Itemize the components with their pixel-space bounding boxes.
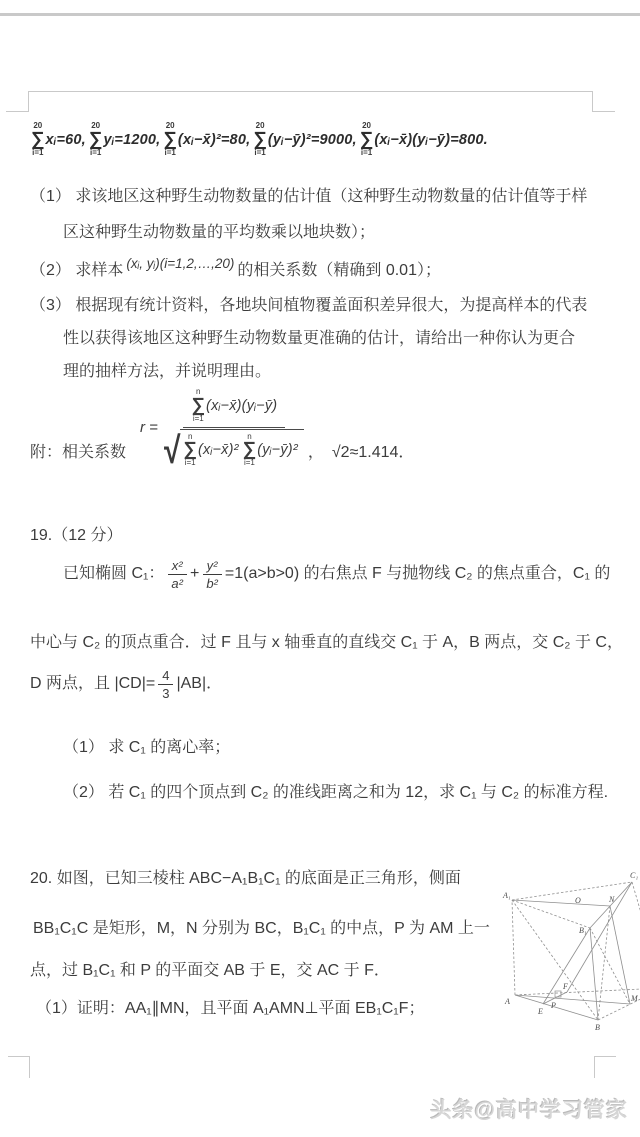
q18-part2-line: （2） 求样本 (xᵢ, yᵢ)(i=1,2,…,20) 的相关系数（精确到 0… [30, 260, 441, 282]
y2-b2-fraction: y²b² [202, 558, 222, 590]
figure-label-b: B [595, 1023, 600, 1032]
plus-sign: + [190, 563, 199, 585]
r-numerator: n∑i=1 (xᵢ−x̄)(yᵢ−ȳ) [183, 388, 286, 428]
crop-mark-top-left-h [6, 111, 29, 112]
prism-labels: A₁ C₁ O N B₁ A E P F B M [502, 871, 639, 1032]
q18-part2-post: 的相关系数（精确到 0.01）； [237, 260, 441, 282]
q19-intro-pre: 已知椭圆 C₁： [63, 563, 164, 585]
sqrt2: √2 [332, 442, 350, 468]
q18-sum-statistics-line: 20∑i=1 xᵢ=60, 20∑i=1 yᵢ=1200, 20∑i=1 (xᵢ… [30, 122, 490, 158]
q18-part1-line2: 区这种野生动物数量的平均数乘以地块数）； [63, 222, 375, 244]
q19-line3-post: |AB|． [176, 673, 222, 695]
sum-term: 20∑i=1 xᵢ=60, [30, 122, 86, 158]
sum-term: 20∑i=1 (xᵢ−x̄)²=80, [162, 122, 250, 158]
sigma-icon: 20∑i=1 [31, 122, 45, 158]
page-separator-line [0, 13, 640, 16]
r-fraction: n∑i=1 (xᵢ−x̄)(yᵢ−ȳ) √ n∑i=1 (xᵢ−x̄)² n∑i… [164, 388, 304, 468]
figure-label-f: F [562, 982, 568, 991]
figure-label-b1: B₁ [579, 926, 587, 935]
figure-label-p: P [550, 1001, 556, 1010]
q19-line3-pre: D 两点，且 |CD|= [30, 673, 155, 695]
crop-mark-bottom-left-h [8, 1056, 30, 1057]
q19-heading: 19.（12 分） [30, 525, 123, 547]
q18-part2-sample-notation: (xᵢ, yᵢ)(i=1,2,…,20) [126, 253, 234, 275]
figure-label-e: E [537, 1007, 543, 1016]
sigma-icon: n∑i=1 [183, 433, 197, 469]
q20-line4: （1）证明：AA₁∥MN，且平面 A₁AMN⊥平面 EB₁C₁F； [36, 998, 424, 1020]
sigma-icon: n∑i=1 [243, 433, 257, 469]
four-thirds-fraction: 43 [158, 668, 173, 700]
sum-term: 20∑i=1 (xᵢ−x̄)(yᵢ−ȳ)=800. [359, 122, 488, 158]
tail-comma: ， [308, 442, 324, 468]
watermark: 头条@高中学习管家 [431, 1094, 628, 1124]
r-equals: r = [140, 417, 158, 439]
x2-a2-fraction: x²a² [167, 558, 187, 590]
q18-part3-line2: 性以获得该地区这种野生动物数量更准确的估计，请给出一种你认为更合 [63, 328, 575, 350]
q18-part2-pre: （2） 求样本 [30, 260, 123, 282]
sigma-icon: 20∑i=1 [253, 122, 267, 158]
q19-intro-line1: 已知椭圆 C₁： x²a² + y²b² =1(a>b>0) 的右焦点 F 与抛… [63, 558, 610, 590]
crop-mark-top-left-v [28, 91, 29, 112]
q19-part2: （2） 若 C₁ 的四个顶点到 C₂ 的准线距离之和为 12，求 C₁ 与 C₂… [63, 782, 608, 804]
sigma-icon: 20∑i=1 [163, 122, 177, 158]
radical-icon: √ [164, 435, 180, 469]
crop-mark-bottom-right-v [594, 1056, 595, 1078]
text-boundary-top-line [28, 91, 592, 92]
figure-label-a: A [504, 997, 510, 1006]
figure-label-c1: C₁ [630, 871, 638, 880]
q19-intro-line3: D 两点，且 |CD|= 43 |AB|． [30, 668, 222, 700]
crop-mark-bottom-left-v [29, 1056, 30, 1078]
figure-label-n: N [608, 895, 615, 904]
q20-line1: 20. 如图，已知三棱柱 ABC−A₁B₁C₁ 的底面是正三角形，侧面 [30, 868, 461, 890]
q18-part3-line3: 理的抽样方法，并说明理由。 [63, 361, 271, 383]
q20-line2: BB₁C₁C 是矩形，M，N 分别为 BC，B₁C₁ 的中点，P 为 AM 上一 [33, 918, 490, 940]
crop-mark-top-right-v [592, 91, 593, 112]
appendix-label: 附：相关系数 [30, 442, 126, 468]
crop-mark-bottom-right-h [594, 1056, 616, 1057]
figure-label-o: O [575, 896, 581, 905]
sigma-icon: 20∑i=1 [89, 122, 103, 158]
q20-line3: 点，过 B₁C₁ 和 P 的平面交 AB 于 E，交 AC 于 F． [30, 960, 390, 982]
sum-term: 20∑i=1 (yᵢ−ȳ)²=9000, [252, 122, 356, 158]
r-denominator: √ n∑i=1 (xᵢ−x̄)² n∑i=1 (yᵢ−ȳ)² [164, 428, 304, 469]
figure-label-a1: A₁ [502, 891, 511, 900]
sigma-icon: 20∑i=1 [360, 122, 374, 158]
prism-figure: A₁ C₁ O N B₁ A E P F B M [495, 860, 640, 1035]
sigma-icon: n∑i=1 [192, 388, 206, 424]
q19-intro-post: =1(a>b>0) 的右焦点 F 与抛物线 C₂ 的焦点重合，C₁ 的 [225, 563, 610, 585]
sum-term: 20∑i=1 yᵢ=1200, [88, 122, 160, 158]
sqrt2-value: ≈1.414． [350, 442, 415, 468]
q19-intro-line2: 中心与 C₂ 的顶点重合．过 F 且与 x 轴垂直的直线交 C₁ 于 A，B 两… [30, 632, 623, 654]
q18-part1-line1: （1） 求该地区这种野生动物数量的估计值（这种野生动物数量的估计值等于样 [30, 186, 587, 208]
q18-part3-line1: （3） 根据现有统计资料，各地块间植物覆盖面积差异很大，为提高样本的代表 [30, 295, 587, 317]
crop-mark-top-right-h [592, 111, 615, 112]
q18-correlation-formula: 附：相关系数 r = n∑i=1 (xᵢ−x̄)(yᵢ−ȳ) √ n∑i=1 (… [30, 388, 414, 468]
radicand: n∑i=1 (xᵢ−x̄)² n∑i=1 (yᵢ−ȳ)² [180, 429, 303, 469]
q19-part1: （1） 求 C₁ 的离心率； [63, 737, 230, 759]
exam-page: 20∑i=1 xᵢ=60, 20∑i=1 yᵢ=1200, 20∑i=1 (xᵢ… [0, 0, 640, 1137]
figure-label-m: M [630, 994, 639, 1003]
